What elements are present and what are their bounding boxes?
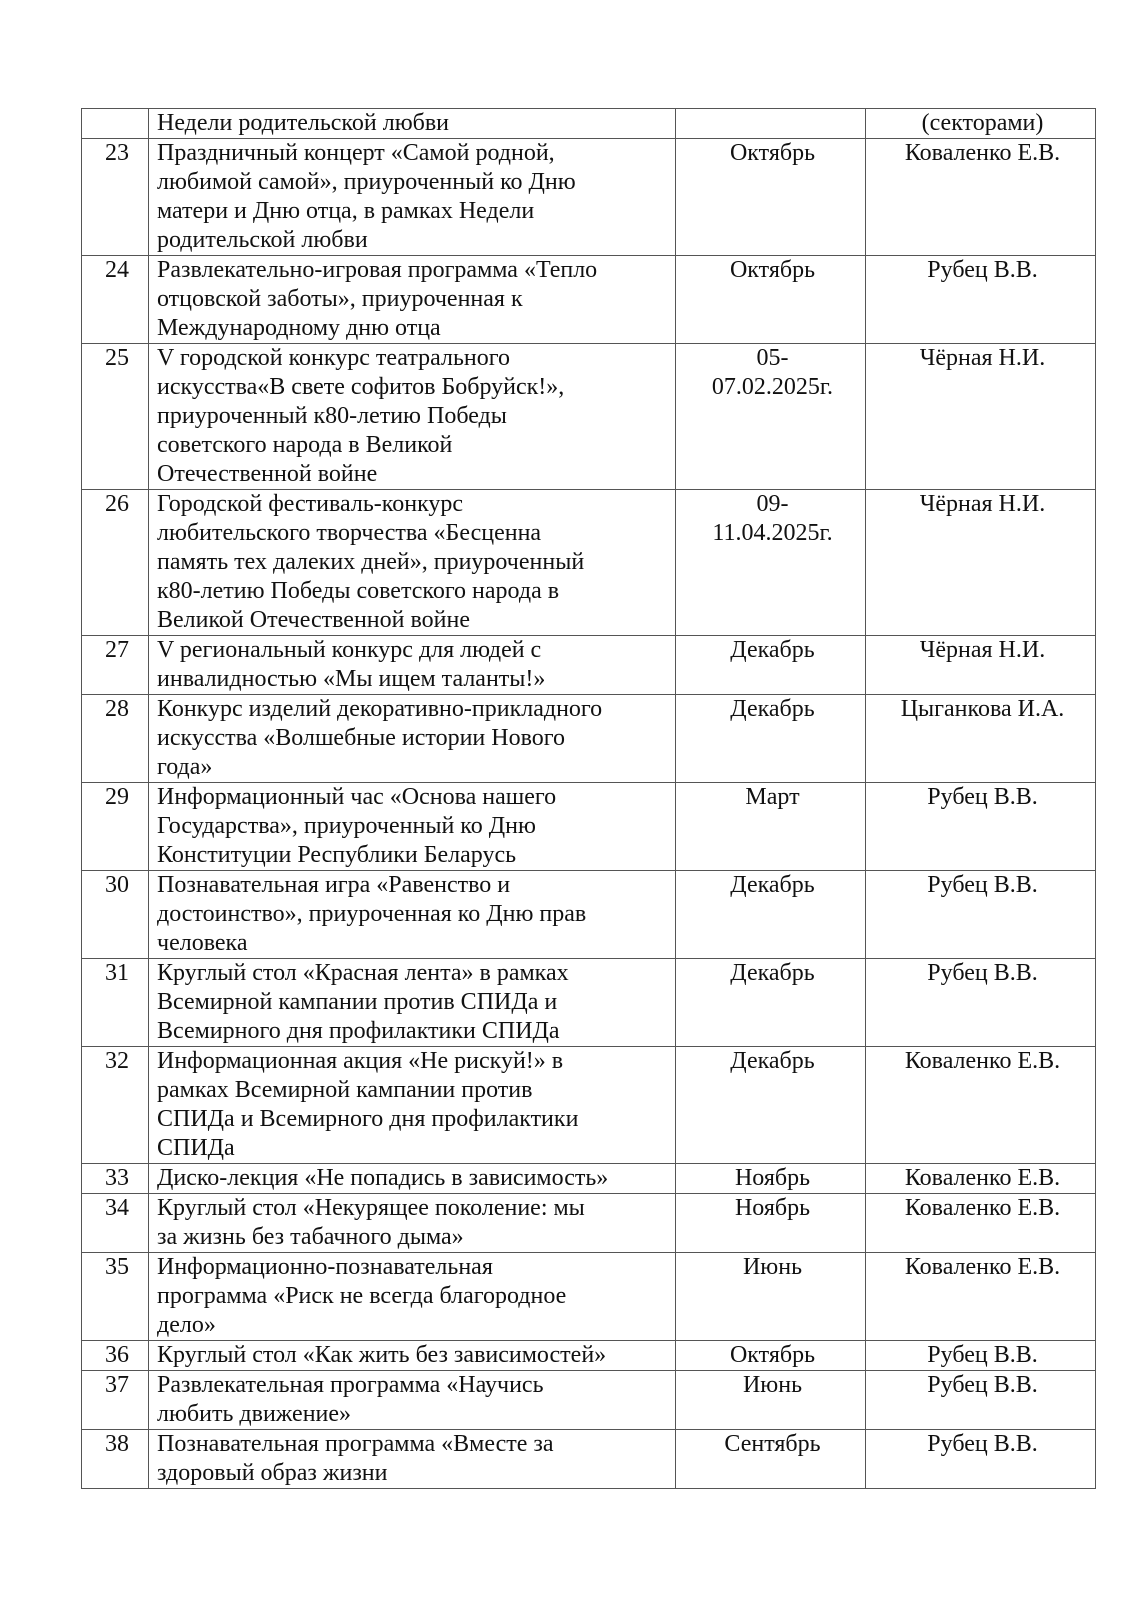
event-responsible: Чёрная Н.И. <box>866 490 1096 636</box>
event-name: Конкурс изделий декоративно-прикладного … <box>149 695 676 783</box>
event-name: Круглый стол «Некурящее поколение: мы за… <box>149 1194 676 1253</box>
event-responsible: Цыганкова И.А. <box>866 695 1096 783</box>
event-date <box>676 109 866 139</box>
row-number: 31 <box>82 959 149 1047</box>
row-number: 25 <box>82 344 149 490</box>
event-responsible-text: Рубец В.В. <box>927 257 1037 283</box>
row-number: 27 <box>82 636 149 695</box>
row-number: 26 <box>82 490 149 636</box>
event-name-text: Круглый стол «Красная лента» в рамках Вс… <box>157 960 569 1044</box>
row-number: 35 <box>82 1253 149 1341</box>
row-number: 37 <box>82 1371 149 1430</box>
table-row: 27V региональный конкурс для людей с инв… <box>82 636 1096 695</box>
event-date-text: Октябрь <box>730 257 815 283</box>
event-name-text: Информационная акция «Не рискуй!» в рамк… <box>157 1048 578 1161</box>
event-date: Декабрь <box>676 871 866 959</box>
event-responsible-text: Цыганкова И.А. <box>901 696 1065 722</box>
event-responsible: Коваленко Е.В. <box>866 1047 1096 1164</box>
event-date: Октябрь <box>676 1341 866 1371</box>
table-row-continuation: Недели родительской любви (секторами) <box>82 109 1096 139</box>
table-row: 24Развлекательно-игровая программа «Тепл… <box>82 256 1096 344</box>
row-number: 28 <box>82 695 149 783</box>
row-number-text: 26 <box>105 491 129 517</box>
event-name-text: Познавательная игра «Равенство и достоин… <box>157 872 586 956</box>
event-date-text: Март <box>745 784 799 810</box>
event-name: V региональный конкурс для людей с инвал… <box>149 636 676 695</box>
event-date: Март <box>676 783 866 871</box>
row-number-text: 28 <box>105 696 129 722</box>
table-row: 33Диско-лекция «Не попадись в зависимост… <box>82 1164 1096 1194</box>
event-name-text: Развлекательная программа «Научись любит… <box>157 1372 544 1427</box>
row-number: 34 <box>82 1194 149 1253</box>
row-number-text: 34 <box>105 1195 129 1221</box>
event-date: Ноябрь <box>676 1194 866 1253</box>
event-responsible-text: Коваленко Е.В. <box>905 1048 1060 1074</box>
event-name-text: Праздничный концерт «Самой родной, любим… <box>157 140 576 253</box>
row-number: 23 <box>82 139 149 256</box>
event-date: Декабрь <box>676 1047 866 1164</box>
event-responsible: Рубец В.В. <box>866 1371 1096 1430</box>
events-plan-table: Недели родительской любви (секторами) 23… <box>81 108 1096 1489</box>
event-responsible: Коваленко Е.В. <box>866 1164 1096 1194</box>
event-name-text: V городской конкурс театрального искусст… <box>157 345 564 487</box>
event-name-text: Информационно-познавательная программа «… <box>157 1254 566 1338</box>
row-number-text: 35 <box>105 1254 129 1280</box>
event-responsible-text: Рубец В.В. <box>927 1431 1037 1457</box>
row-number: 38 <box>82 1430 149 1489</box>
event-date-text: Сентябрь <box>724 1431 820 1457</box>
event-date-text: Ноябрь <box>735 1195 810 1221</box>
event-responsible: Чёрная Н.И. <box>866 344 1096 490</box>
table-row: 36Круглый стол «Как жить без зависимосте… <box>82 1341 1096 1371</box>
table-row: 23Праздничный концерт «Самой родной, люб… <box>82 139 1096 256</box>
event-name-text: Диско-лекция «Не попадись в зависимость» <box>157 1165 608 1191</box>
event-date: 05- 07.02.2025г. <box>676 344 866 490</box>
event-name: Развлекательно-игровая программа «Тепло … <box>149 256 676 344</box>
document-page: Недели родительской любви (секторами) 23… <box>0 0 1138 1610</box>
event-date-text: Декабрь <box>730 960 814 986</box>
event-name: Информационный час «Основа нашего Госуда… <box>149 783 676 871</box>
event-name: Круглый стол «Как жить без зависимостей» <box>149 1341 676 1371</box>
event-name-text: Информационный час «Основа нашего Госуда… <box>157 784 556 868</box>
table-row: 31Круглый стол «Красная лента» в рамках … <box>82 959 1096 1047</box>
row-number: 32 <box>82 1047 149 1164</box>
event-responsible: Рубец В.В. <box>866 1430 1096 1489</box>
table-row: 30Познавательная игра «Равенство и досто… <box>82 871 1096 959</box>
row-number-text: 38 <box>105 1431 129 1457</box>
row-number-text: 24 <box>105 257 129 283</box>
table-row: 37Развлекательная программа «Научись люб… <box>82 1371 1096 1430</box>
event-name-text: Круглый стол «Как жить без зависимостей» <box>157 1342 606 1368</box>
event-name-text: Недели родительской любви <box>157 110 449 136</box>
event-date-text: 05- 07.02.2025г. <box>712 345 833 400</box>
row-number-text: 23 <box>105 140 129 166</box>
event-date-text: Ноябрь <box>735 1165 810 1191</box>
table-row: 34Круглый стол «Некурящее поколение: мы … <box>82 1194 1096 1253</box>
event-responsible: (секторами) <box>866 109 1096 139</box>
event-name: Городской фестиваль-конкурс любительског… <box>149 490 676 636</box>
event-date-text: Июнь <box>743 1254 802 1280</box>
event-date-text: Декабрь <box>730 872 814 898</box>
event-date: 09- 11.04.2025г. <box>676 490 866 636</box>
table-row: 32Информационная акция «Не рискуй!» в ра… <box>82 1047 1096 1164</box>
event-date: Ноябрь <box>676 1164 866 1194</box>
row-number-text: 31 <box>105 960 129 986</box>
row-number-text: 33 <box>105 1165 129 1191</box>
row-number: 30 <box>82 871 149 959</box>
row-number: 36 <box>82 1341 149 1371</box>
event-date: Сентябрь <box>676 1430 866 1489</box>
event-name: Недели родительской любви <box>149 109 676 139</box>
event-date: Декабрь <box>676 695 866 783</box>
event-date-text: Октябрь <box>730 140 815 166</box>
event-date: Декабрь <box>676 959 866 1047</box>
row-number-text: 29 <box>105 784 129 810</box>
table-row: 25V городской конкурс театрального искус… <box>82 344 1096 490</box>
row-number: 33 <box>82 1164 149 1194</box>
event-responsible-text: Рубец В.В. <box>927 784 1037 810</box>
event-name: Праздничный концерт «Самой родной, любим… <box>149 139 676 256</box>
event-date: Октябрь <box>676 256 866 344</box>
events-plan-body: Недели родительской любви (секторами) 23… <box>82 109 1096 1489</box>
event-date-text: Июнь <box>743 1372 802 1398</box>
event-responsible-text: Рубец В.В. <box>927 872 1037 898</box>
event-responsible-text: Чёрная Н.И. <box>920 637 1045 663</box>
event-name-text: V региональный конкурс для людей с инвал… <box>157 637 545 692</box>
row-number-text: 37 <box>105 1372 129 1398</box>
row-number: 24 <box>82 256 149 344</box>
event-responsible-text: Коваленко Е.В. <box>905 1165 1060 1191</box>
event-name: V городской конкурс театрального искусст… <box>149 344 676 490</box>
row-number-text: 36 <box>105 1342 129 1368</box>
event-responsible: Рубец В.В. <box>866 871 1096 959</box>
row-number <box>82 109 149 139</box>
event-date: Декабрь <box>676 636 866 695</box>
event-date-text: Декабрь <box>730 1048 814 1074</box>
event-name-text: Круглый стол «Некурящее поколение: мы за… <box>157 1195 585 1250</box>
event-responsible-text: (секторами) <box>922 110 1044 136</box>
event-responsible-text: Коваленко Е.В. <box>905 1195 1060 1221</box>
event-responsible: Рубец В.В. <box>866 1341 1096 1371</box>
row-number-text: 27 <box>105 637 129 663</box>
event-responsible-text: Чёрная Н.И. <box>920 491 1045 517</box>
event-date: Октябрь <box>676 139 866 256</box>
event-responsible: Рубец В.В. <box>866 959 1096 1047</box>
event-name: Диско-лекция «Не попадись в зависимость» <box>149 1164 676 1194</box>
row-number-text: 32 <box>105 1048 129 1074</box>
event-name: Информационная акция «Не рискуй!» в рамк… <box>149 1047 676 1164</box>
event-responsible-text: Рубец В.В. <box>927 1372 1037 1398</box>
table-row: 29Информационный час «Основа нашего Госу… <box>82 783 1096 871</box>
event-responsible: Рубец В.В. <box>866 783 1096 871</box>
event-date-text: Октябрь <box>730 1342 815 1368</box>
event-responsible-text: Чёрная Н.И. <box>920 345 1045 371</box>
event-responsible: Коваленко Е.В. <box>866 139 1096 256</box>
event-responsible-text: Коваленко Е.В. <box>905 1254 1060 1280</box>
event-responsible-text: Рубец В.В. <box>927 1342 1037 1368</box>
event-name-text: Городской фестиваль-конкурс любительског… <box>157 491 584 633</box>
event-date-text: 09- 11.04.2025г. <box>712 491 832 546</box>
event-name: Информационно-познавательная программа «… <box>149 1253 676 1341</box>
row-number-text: 25 <box>105 345 129 371</box>
table-row: 35Информационно-познавательная программа… <box>82 1253 1096 1341</box>
event-responsible: Коваленко Е.В. <box>866 1253 1096 1341</box>
row-number-text: 30 <box>105 872 129 898</box>
table-row: 26Городской фестиваль-конкурс любительск… <box>82 490 1096 636</box>
event-date-text: Декабрь <box>730 696 814 722</box>
event-responsible-text: Коваленко Е.В. <box>905 140 1060 166</box>
event-name-text: Развлекательно-игровая программа «Тепло … <box>157 257 597 341</box>
event-date: Июнь <box>676 1253 866 1341</box>
event-name: Круглый стол «Красная лента» в рамках Вс… <box>149 959 676 1047</box>
row-number: 29 <box>82 783 149 871</box>
event-date-text: Декабрь <box>730 637 814 663</box>
table-row: 38Познавательная программа «Вместе за зд… <box>82 1430 1096 1489</box>
event-name: Развлекательная программа «Научись любит… <box>149 1371 676 1430</box>
table-row: 28Конкурс изделий декоративно-прикладног… <box>82 695 1096 783</box>
event-date: Июнь <box>676 1371 866 1430</box>
event-name: Познавательная игра «Равенство и достоин… <box>149 871 676 959</box>
event-responsible: Рубец В.В. <box>866 256 1096 344</box>
event-name: Познавательная программа «Вместе за здор… <box>149 1430 676 1489</box>
event-responsible: Чёрная Н.И. <box>866 636 1096 695</box>
event-name-text: Конкурс изделий декоративно-прикладного … <box>157 696 602 780</box>
event-name-text: Познавательная программа «Вместе за здор… <box>157 1431 554 1486</box>
event-responsible-text: Рубец В.В. <box>927 960 1037 986</box>
event-responsible: Коваленко Е.В. <box>866 1194 1096 1253</box>
